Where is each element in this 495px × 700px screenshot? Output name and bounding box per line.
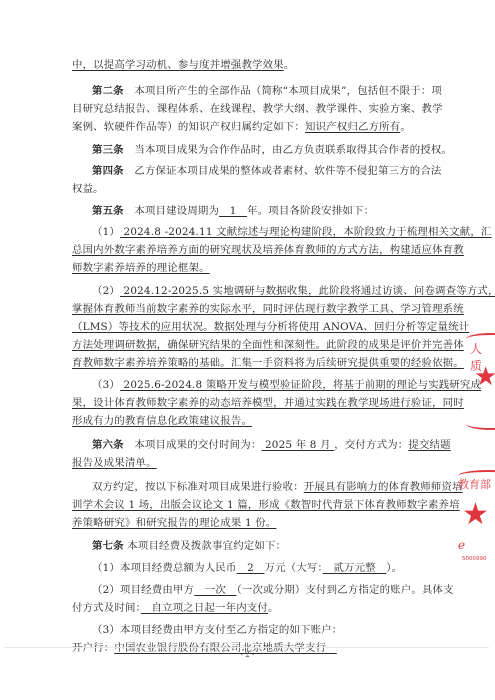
filled-blank: 1 (219, 205, 247, 217)
filled-blank: 训学术会议 1 场，出版会议论文 1 篇，形成《数智时代背景下体育教师数字素养培 (72, 499, 460, 511)
text-line: 果，设计体育教师数字素养的动态培养模型，并通过实践在教学现场进行验证，同时 (72, 396, 430, 410)
text-line: 报告及成果清单。 (72, 456, 430, 470)
filled-blank: 形成有力的教育信息化政策建议报告。 (72, 415, 252, 427)
seal-2-star-icon: ★ (462, 497, 489, 532)
article-heading: 第六条 (92, 439, 124, 451)
article-heading: 第四条 (92, 165, 124, 177)
seal-2-serial: 5000990 (462, 556, 487, 562)
article-heading: 第三条 (92, 144, 124, 156)
filled-blank: 2 (237, 562, 265, 574)
filled-blank: 2024.8 -2024.11 文献综述与理论构建阶段，本阶段致力于梳理相关文献… (120, 226, 492, 238)
filled-blank: 2025 年 8 月 (261, 439, 334, 451)
filled-blank: 养策略研究》和研究报告的理论成果 1 份。 (72, 517, 276, 529)
text-line: 案例、软硬件作品等）的知识产权归属约定如下：知识产权归乙方所有。 (72, 120, 430, 134)
text-line: 权益。 (72, 182, 430, 196)
text-line: 中，以提高学习动机、参与度并增强教学效果。 (72, 58, 430, 72)
filled-blank: 提交结题 (408, 439, 450, 451)
text-segment: （2） (92, 285, 120, 297)
seal-2-signature: ℯ (458, 538, 465, 552)
text-segment: 本项目所产生的全部作品（简称“本项目成果”，包括但不限于：项 (124, 85, 442, 97)
text-segment: （一次或分期）支付到乙方指定的账户。具体支 (237, 584, 454, 596)
seal-2-text: 教育部 (458, 476, 491, 492)
text-segment: ）。 (386, 562, 402, 574)
text-segment: 权益。 (72, 183, 104, 195)
text-segment: 当本项目成果为合作作品时，由乙方负责联系取得其合作者的授权。 (124, 144, 452, 156)
text-line: 训学术会议 1 场，出版会议论文 1 篇，形成《数智时代背景下体育教师数字素养培 (72, 498, 430, 512)
filled-blank: 师数字素养培养的理论框架。 (72, 262, 210, 274)
text-segment: （1）本项目经费总额为人民币 (92, 562, 237, 574)
text-segment: （3） (92, 379, 120, 391)
filled-blank: 知识产权归乙方所有 (305, 121, 400, 133)
text-segment: ，交付方式为： (334, 439, 408, 451)
text-segment: 万元（大写： (265, 562, 323, 574)
text-line: （1）本项目经费总额为人民币 2 万元（大写： 贰万元整 ）。 (92, 561, 430, 575)
filled-blank: 总国内外数字素养培养方面的研究现状及培养体育教师的方式方法，构建适应体育教 (72, 244, 464, 256)
text-line: 目研究总结报告、课程体系、在线课程、教学大纲、教学课件、实验方案、教学 (72, 102, 430, 116)
text-segment: 案例、软硬件作品等）的知识产权归属约定如下： (72, 121, 305, 133)
filled-blank: 方法处理调研数据，确保研究结果的全面性和深刻性。此阶段的成果是评价并完善体 (72, 339, 464, 351)
text-line: （3） 2025.6-2024.8 策略开发与模型验证阶段，将基于前期的理论与实… (92, 378, 430, 392)
filled-blank: 贰万元整 (323, 562, 387, 574)
text-line: 第二条 本项目所产生的全部作品（简称“本项目成果”，包括但不限于：项 (92, 84, 430, 98)
document-page: 中，以提高学习动机、参与度并增强教学效果。第二条 本项目所产生的全部作品（简称“… (0, 0, 495, 700)
text-segment: 。 (284, 59, 295, 71)
text-line: （1） 2024.8 -2024.11 文献综述与理论构建阶段，本阶段致力于梳理… (92, 225, 430, 239)
filled-blank: 2024.12-2025.5 实地调研与数据收集，此阶段将通过访谈、问卷调查等方… (120, 285, 495, 297)
page-bottom-rule (4, 647, 489, 648)
text-line: 第三条 当本项目成果为合作作品时，由乙方负责联系取得其合作者的授权。 (92, 143, 430, 157)
seal-1-star-icon: ★ (474, 362, 495, 392)
text-segment: （1） (92, 226, 120, 238)
text-line: 师数字素养培养的理论框架。 (72, 261, 430, 275)
text-line: 总国内外数字素养培养方面的研究现状及培养体育教师的方式方法，构建适应体育教 (72, 243, 430, 257)
text-line: （2） 2024.12-2025.5 实地调研与数据收集，此阶段将通过访谈、问卷… (92, 284, 430, 298)
filled-blank: 掌握体育教师当前数字素养的实际水平，同时评估现行数字教学工具、学习管理系统 (72, 303, 464, 315)
filled-blank: 育教师数字素养培养策略的基础。汇集一手资料将为后续研究提供重要的经验依据。 (72, 357, 464, 369)
filled-blank: 中，以提高学习动机、参与度并增强教学效果 (72, 59, 284, 71)
text-line: （3）本项目经费由甲方支付至乙方指定的如下账户： (92, 623, 430, 637)
filled-blank: 自立项之日起一年内支付 (141, 602, 268, 614)
text-segment: 乙方保证本项目成果的整体或者素材、软件等不侵犯第三方的合法 (124, 165, 442, 177)
text-line: 付方式及时间： 自立项之日起一年内支付。 (72, 601, 430, 615)
text-segment: 。 (268, 602, 279, 614)
filled-blank: （LMS）等技术的应用状况。数据处理与分析将使用 ANOVA、回归分析等定量统计 (72, 321, 469, 333)
article-heading: 第五条 (92, 205, 124, 217)
text-segment: 双方约定，按以下标准对项目成果进行验收： (92, 481, 304, 493)
page-number: - 2 - (0, 651, 495, 659)
text-line: （2）项目经费由甲方 一次 （一次或分期）支付到乙方指定的账户。具体支 (92, 583, 430, 597)
text-line: 双方约定，按以下标准对项目成果进行验收：开展具有影响力的体育教师师资培 (92, 480, 430, 494)
text-line: 第七条 本项目经费及拨款事宜约定如下： (92, 539, 430, 553)
text-line: 掌握体育教师当前数字素养的实际水平，同时评估现行数字教学工具、学习管理系统 (72, 302, 430, 316)
text-line: 形成有力的教育信息化政策建议报告。 (72, 414, 430, 428)
article-heading: 第二条 (92, 85, 124, 97)
article-heading: 第七条 (92, 540, 124, 552)
text-line: 育教师数字素养培养策略的基础。汇集一手资料将为后续研究提供重要的经验依据。 (72, 356, 430, 370)
text-segment: 本项目经费及拨款事宜约定如下： (124, 540, 286, 552)
text-line: 第六条 本项目成果的交付时间为： 2025 年 8 月 ，交付方式为：提交结题 (92, 438, 430, 452)
filled-blank: 一次 (194, 584, 236, 596)
filled-blank: 2025.6-2024.8 策略开发与模型验证阶段，将基于前期的理论与实践研究成 (120, 379, 481, 391)
text-segment: （2）项目经费由甲方 (92, 584, 194, 596)
text-line: （LMS）等技术的应用状况。数据处理与分析将使用 ANOVA、回归分析等定量统计 (72, 320, 430, 334)
text-segment: 本项目成果的交付时间为： (124, 439, 262, 451)
text-segment: （3）本项目经费由甲方支付至乙方指定的如下账户： (92, 624, 342, 636)
filled-blank: 报告及成果清单。 (72, 457, 157, 469)
filled-blank: 开展具有影响力的体育教师师资培 (304, 481, 463, 493)
text-segment: 目研究总结报告、课程体系、在线课程、教学大纲、教学课件、实验方案、教学 (72, 103, 443, 115)
text-segment: 付方式及时间： (72, 602, 141, 614)
text-segment: 。 (400, 121, 411, 133)
text-line: 方法处理调研数据，确保研究结果的全面性和深刻性。此阶段的成果是评价并完善体 (72, 338, 430, 352)
text-segment: 本项目建设周期为 (124, 205, 219, 217)
text-line: 养策略研究》和研究报告的理论成果 1 份。 (72, 516, 430, 530)
text-line: 第五条 本项目建设周期为 1 年。项目各阶段安排如下： (92, 204, 430, 218)
filled-blank: 果，设计体育教师数字素养的动态培养模型，并通过实践在教学现场进行验证，同时 (72, 397, 464, 409)
text-line: 第四条 乙方保证本项目成果的整体或者素材、软件等不侵犯第三方的合法 (92, 164, 430, 178)
text-segment: 年。项目各阶段安排如下： (247, 205, 374, 217)
